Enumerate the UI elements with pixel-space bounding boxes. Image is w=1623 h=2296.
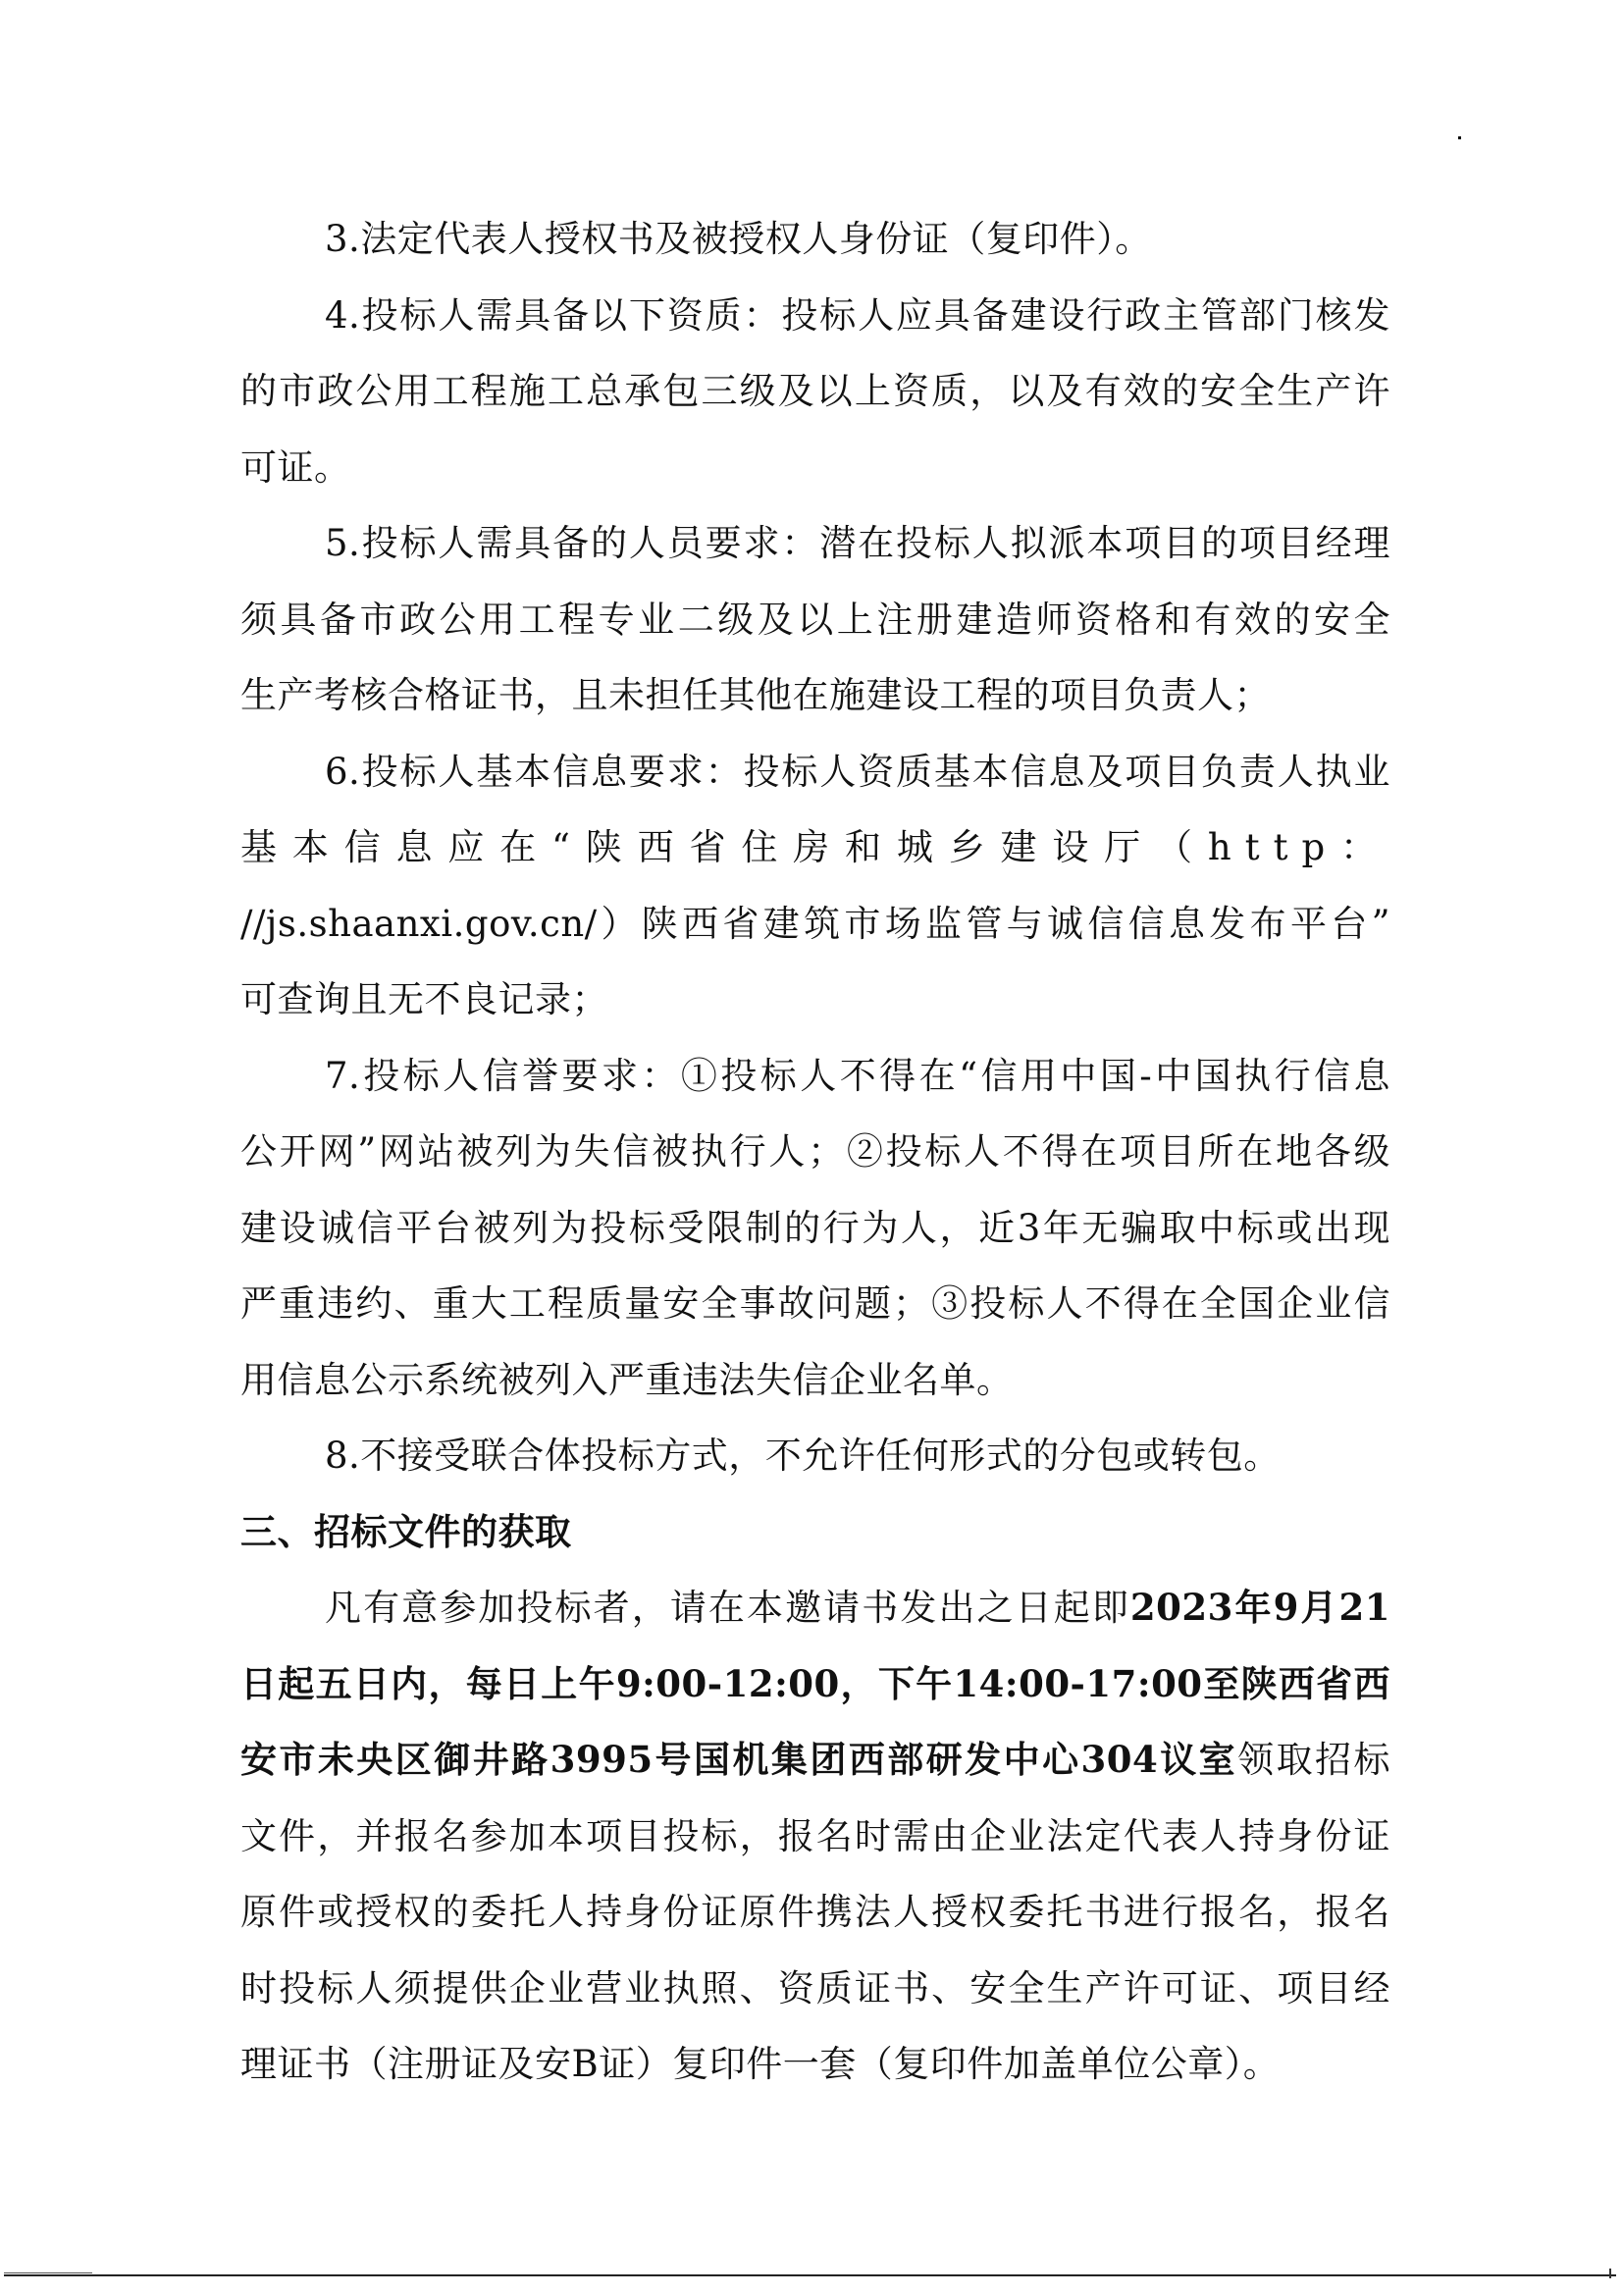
requirement-item-5-line-3: 生产考核合格证书，且未担任其他在施建设工程的项目负责人； [240,657,1390,734]
requirement-item-5-line-2: 须具备市政公用工程专业二级及以上注册建造师资格和有效的安全 [240,582,1390,658]
document-body: 3.法定代表人授权书及被授权人身份证（复印件）。 4.投标人需具备以下资质：投标… [240,201,1390,2103]
scan-edge-mark [4,2272,92,2273]
requirement-item-6-line-4: 可查询且无不良记录； [240,962,1390,1038]
requirement-item-6-line-3: //js.shaanxi.gov.cn/）陕西省建筑市场监管与诚信信息发布平台” [240,886,1390,963]
section3-para-line-4: 文件，并报名参加本项目投标，报名时需由企业法定代表人持身份证 [240,1799,1390,1875]
section3-para-line-7: 理证书（注册证及安B证）复印件一套（复印件加盖单位公章）。 [240,2026,1390,2103]
section3-para-line-1-bold: 2023年9月21 [1130,1586,1390,1629]
section3-para-line-2: 日起五日内，每日上午9:00-12:00，下午14:00-17:00至陕西省西 [240,1646,1390,1723]
requirement-item-7-line-4: 严重违约、重大工程质量安全事故问题；③投标人不得在全国企业信 [240,1266,1390,1342]
requirement-item-7-line-2: 公开网”网站被列为失信被执行人；②投标人不得在项目所在地各级 [240,1114,1390,1190]
requirement-item-7-line-1: 7.投标人信誉要求：①投标人不得在“信用中国-中国执行信息 [240,1038,1390,1115]
section3-para-line-1-normal: 凡有意参加投标者，请在本邀请书发出之日起即 [325,1587,1130,1629]
requirement-item-7-line-5: 用信息公示系统被列入严重违法失信企业名单。 [240,1342,1390,1419]
requirement-item-4-line-1: 4.投标人需具备以下资质：投标人应具备建设行政主管部门核发 [240,278,1390,354]
section3-para-line-3-normal: 领取招标 [1237,1739,1390,1781]
requirement-item-4-line-2: 的市政公用工程施工总承包三级及以上资质，以及有效的安全生产许 [240,353,1390,430]
section-heading-3: 三、招标文件的获取 [240,1494,1390,1571]
requirement-item-4-line-3: 可证。 [240,430,1390,506]
document-page: 3.法定代表人授权书及被授权人身份证（复印件）。 4.投标人需具备以下资质：投标… [0,0,1623,2296]
requirement-item-5-line-1: 5.投标人需具备的人员要求：潜在投标人拟派本项目的项目经理 [240,505,1390,582]
section3-para-line-3: 安市未央区御井路3995号国机集团西部研发中心304议室领取招标 [240,1722,1390,1799]
section3-para-line-3-bold: 安市未央区御井路3995号国机集团西部研发中心304议室 [240,1738,1237,1781]
section3-para-line-5: 原件或授权的委托人持身份证原件携法人授权委托书进行报名，报名 [240,1874,1390,1951]
requirement-item-8: 8.不接受联合体投标方式，不允许任何形式的分包或转包。 [240,1418,1390,1494]
footer-rule [4,2274,1616,2276]
requirement-item-6-line-2: 基本信息应在“陕西省住房和城乡建设厅（http： [240,809,1390,886]
requirement-item-3: 3.法定代表人授权书及被授权人身份证（复印件）。 [240,201,1390,278]
section3-para-line-1: 凡有意参加投标者，请在本邀请书发出之日起即2023年9月21 [240,1570,1390,1646]
requirement-item-6-line-1: 6.投标人基本信息要求：投标人资质基本信息及项目负责人执业 [240,734,1390,810]
scan-edge-tick [1609,2269,1611,2278]
scan-speck [1458,136,1461,139]
section3-para-line-6: 时投标人须提供企业营业执照、资质证书、安全生产许可证、项目经 [240,1951,1390,2027]
requirement-item-7-line-3: 建设诚信平台被列为投标受限制的行为人，近3年无骗取中标或出现 [240,1190,1390,1267]
